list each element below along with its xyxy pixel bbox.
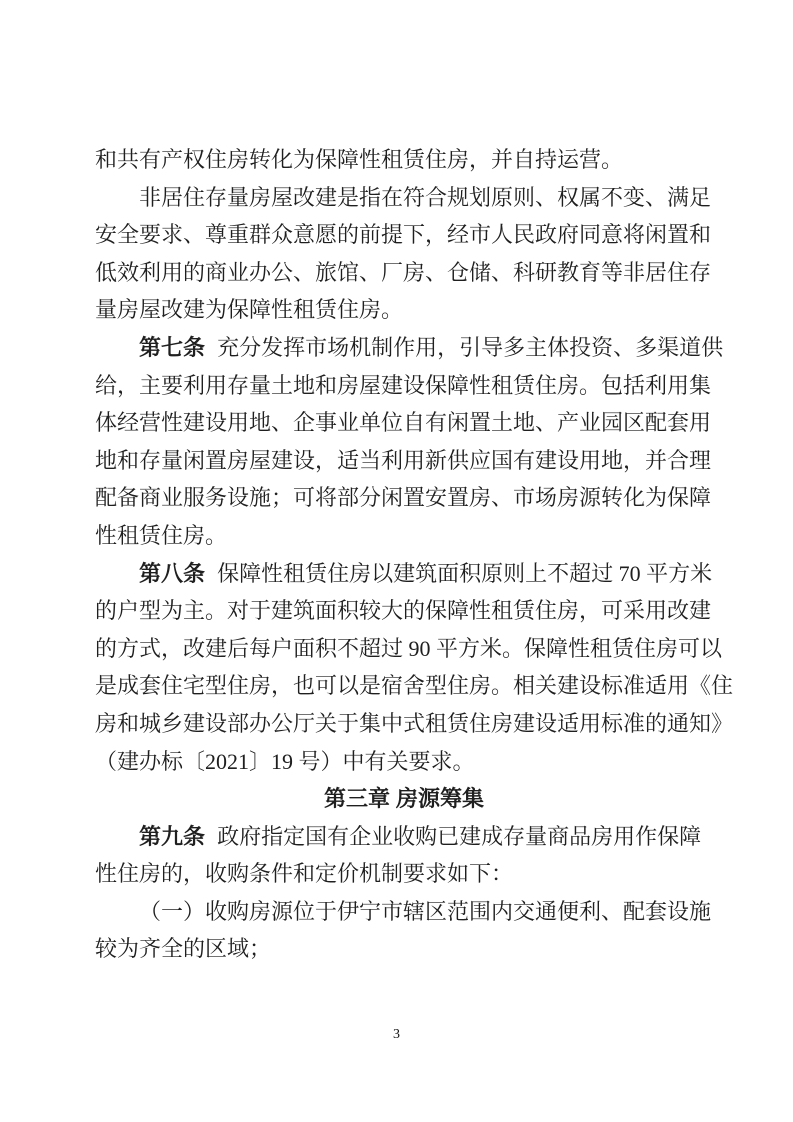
article-7-line: 第七条充分发挥市场机制作用，引导多主体投资、多渠道供 [95, 329, 713, 367]
article-9-label: 第九条 [139, 824, 205, 849]
document-body: 和共有产权住房转化为保障性租赁住房，并自持运营。 非居住存量房屋改建是指在符合规… [95, 141, 713, 968]
text-line: 是成套住宅型住房，也可以是宿舍型住房。相关建设标准适用《住 [95, 667, 713, 705]
article-8-text: 保障性租赁住房以建筑面积原则上不超过 70 平方米 [217, 561, 712, 586]
list-item-1-line: （一）收购房源位于伊宁市辖区范围内交通便利、配套设施 [95, 893, 713, 931]
text-line: 安全要求、尊重群众意愿的前提下，经市人民政府同意将闲置和 [95, 216, 713, 254]
article-8-line: 第八条保障性租赁住房以建筑面积原则上不超过 70 平方米 [95, 555, 713, 593]
text-line: 较为齐全的区域； [95, 930, 713, 968]
text-line: 给，主要利用存量土地和房屋建设保障性租赁住房。包括利用集 [95, 367, 713, 405]
article-8-label: 第八条 [139, 561, 205, 586]
text-line: 低效利用的商业办公、旅馆、厂房、仓储、科研教育等非居住存 [95, 254, 713, 292]
text-line: 的户型为主。对于建筑面积较大的保障性租赁住房，可采用改建 [95, 592, 713, 630]
text-line: 体经营性建设用地、企事业单位自有闲置土地、产业园区配套用 [95, 404, 713, 442]
text-line: （建办标〔2021〕19 号）中有关要求。 [95, 743, 713, 781]
article-7-text: 充分发挥市场机制作用，引导多主体投资、多渠道供 [217, 335, 723, 360]
article-9-text: 政府指定国有企业收购已建成存量商品房用作保障 [217, 824, 701, 849]
text-line: 非居住存量房屋改建是指在符合规划原则、权属不变、满足 [95, 179, 713, 217]
article-9-line: 第九条政府指定国有企业收购已建成存量商品房用作保障 [95, 818, 713, 856]
text-line: 房和城乡建设部办公厅关于集中式租赁住房建设适用标准的通知》 [95, 705, 713, 743]
text-line: 性租赁住房。 [95, 517, 713, 555]
text-line: 性住房的，收购条件和定价机制要求如下： [95, 855, 713, 893]
page-number: 3 [0, 1026, 793, 1044]
text-line: 的方式，改建后每户面积不超过 90 平方米。保障性租赁住房可以 [95, 630, 713, 668]
text-line: 量房屋改建为保障性租赁住房。 [95, 291, 713, 329]
chapter-heading: 第三章 房源筹集 [95, 780, 713, 818]
text-line: 配备商业服务设施；可将部分闲置安置房、市场房源转化为保障 [95, 479, 713, 517]
document-page: 和共有产权住房转化为保障性租赁住房，并自持运营。 非居住存量房屋改建是指在符合规… [0, 0, 793, 1122]
text-line: 地和存量闲置房屋建设，适当利用新供应国有建设用地，并合理 [95, 442, 713, 480]
text-line: 和共有产权住房转化为保障性租赁住房，并自持运营。 [95, 141, 713, 179]
article-7-label: 第七条 [139, 335, 205, 360]
